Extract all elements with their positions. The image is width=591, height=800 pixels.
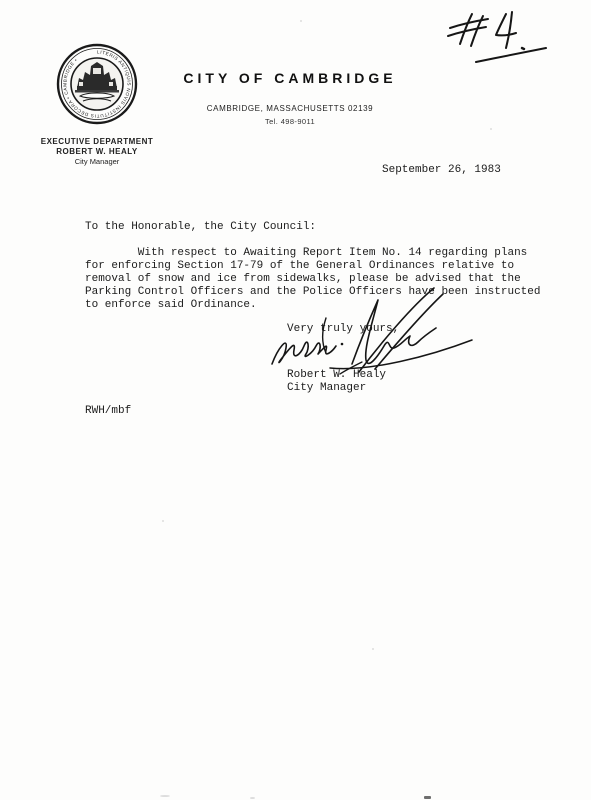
scan-speck: [300, 20, 302, 22]
body-line: Parking Control Officers and the Police …: [85, 286, 540, 299]
scan-speck: [162, 520, 164, 522]
signature-name: Robert W. Healy: [287, 369, 386, 382]
city-seal-icon: LITERIS ANTIQUIS NOVIS INSTITUTIS DECORA…: [55, 42, 139, 126]
body-line: for enforcing Section 17-79 of the Gener…: [85, 260, 540, 273]
department-name: EXECUTIVE DEPARTMENT: [22, 137, 172, 147]
scan-speck: [372, 648, 374, 650]
handwritten-annotation: # 4.: [438, 6, 563, 66]
letterhead-address: CAMBRIDGE, MASSACHUSETTS 02139: [160, 104, 420, 113]
letter-date: September 26, 1983: [382, 164, 501, 177]
salutation: To the Honorable, the City Council:: [85, 221, 316, 234]
closing: Very truly yours,: [287, 323, 399, 336]
letter-page: # 4. LITERIS ANTIQUIS NOVIS INSTITUTIS D…: [0, 0, 591, 800]
typist-reference: RWH/mbf: [85, 405, 131, 418]
official-title: City Manager: [22, 157, 172, 167]
body-line: to enforce said Ordinance.: [85, 299, 540, 312]
scan-speck: [160, 795, 170, 797]
scan-speck: [424, 796, 431, 799]
department-block: EXECUTIVE DEPARTMENT ROBERT W. HEALY Cit…: [22, 137, 172, 167]
scan-speck: [250, 797, 255, 799]
letterhead-title: CITY OF CAMBRIDGE: [160, 70, 420, 86]
official-name: ROBERT W. HEALY: [22, 147, 172, 157]
scan-speck: [490, 128, 492, 130]
body-line: With respect to Awaiting Report Item No.…: [85, 247, 540, 260]
handwritten-number-icon: [438, 6, 563, 66]
signature-title: City Manager: [287, 382, 366, 395]
letterhead-phone: Tel. 498-9011: [160, 117, 420, 126]
letter-body: With respect to Awaiting Report Item No.…: [85, 247, 540, 312]
body-line: removal of snow and ice from sidewalks, …: [85, 273, 540, 286]
